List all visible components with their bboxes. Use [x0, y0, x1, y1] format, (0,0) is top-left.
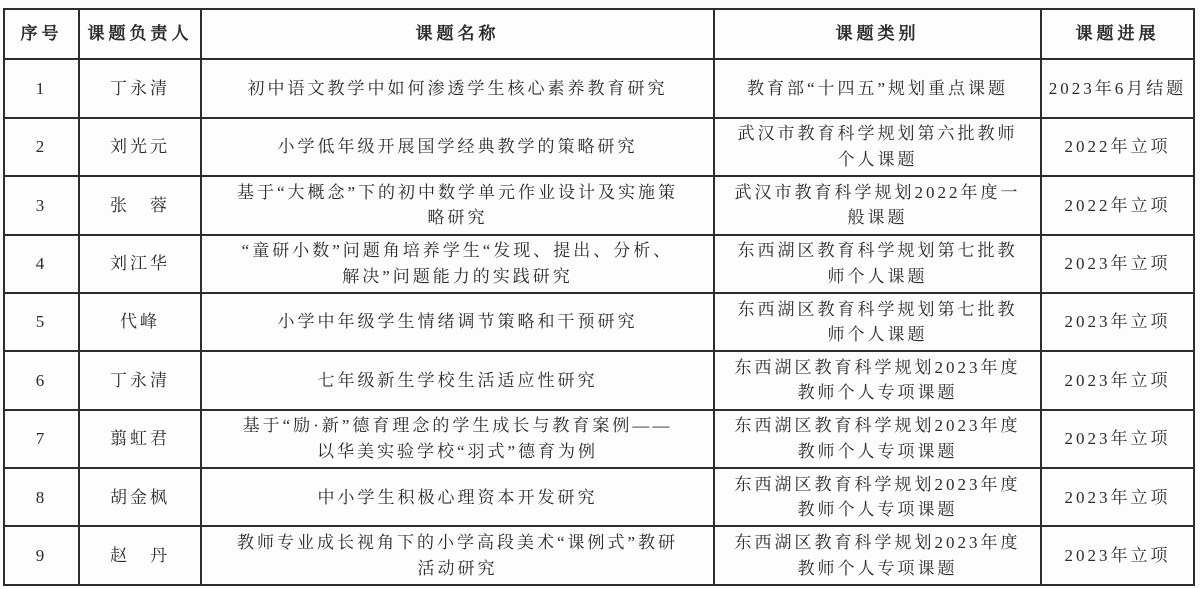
cell-leader: 丁永清	[79, 351, 201, 409]
cell-no: 8	[4, 468, 79, 526]
cell-category: 东西湖区教育科学规划第七批教 师个人课题	[714, 235, 1041, 293]
cell-title: 七年级新生学校生活适应性研究	[201, 351, 714, 409]
cell-title: 中小学生积极心理资本开发研究	[201, 468, 714, 526]
cell-category: 东西湖区教育科学规划第七批教 师个人课题	[714, 293, 1041, 351]
cell-title: “童研小数”问题角培养学生“发现、提出、分析、 解决”问题能力的实践研究	[201, 235, 714, 293]
cell-progress: 2023年立项	[1041, 293, 1194, 351]
table-row: 7 翦虹君 基于“励·新”德育理念的学生成长与教育案例—— 以华美实验学校“羽式…	[4, 410, 1194, 468]
cell-no: 4	[4, 235, 79, 293]
table-row: 4 刘江华 “童研小数”问题角培养学生“发现、提出、分析、 解决”问题能力的实践…	[4, 235, 1194, 293]
cell-leader: 丁永清	[79, 59, 201, 117]
cell-title: 基于“励·新”德育理念的学生成长与教育案例—— 以华美实验学校“羽式”德育为例	[201, 410, 714, 468]
table-row: 3 张 蓉 基于“大概念”下的初中数学单元作业设计及实施策 略研究 武汉市教育科…	[4, 176, 1194, 234]
cell-progress: 2023年立项	[1041, 526, 1194, 585]
cell-leader: 代峰	[79, 293, 201, 351]
cell-no: 1	[4, 59, 79, 117]
cell-progress: 2023年立项	[1041, 351, 1194, 409]
cell-progress: 2022年立项	[1041, 118, 1194, 176]
cell-title: 教师专业成长视角下的小学高段美术“课例式”教研 活动研究	[201, 526, 714, 585]
cell-progress: 2023年6月结题	[1041, 59, 1194, 117]
cell-leader: 刘江华	[79, 235, 201, 293]
cell-leader: 刘光元	[79, 118, 201, 176]
cell-category: 武汉市教育科学规划第六批教师 个人课题	[714, 118, 1041, 176]
cell-progress: 2023年立项	[1041, 468, 1194, 526]
table-header-row: 序号 课题负责人 课题名称 课题类别 课题进展	[4, 9, 1194, 59]
cell-title: 基于“大概念”下的初中数学单元作业设计及实施策 略研究	[201, 176, 714, 234]
cell-no: 3	[4, 176, 79, 234]
table-row: 2 刘光元 小学低年级开展国学经典教学的策略研究 武汉市教育科学规划第六批教师 …	[4, 118, 1194, 176]
cell-progress: 2023年立项	[1041, 235, 1194, 293]
table-row: 8 胡金枫 中小学生积极心理资本开发研究 东西湖区教育科学规划2023年度 教师…	[4, 468, 1194, 526]
table-row: 5 代峰 小学中年级学生情绪调节策略和干预研究 东西湖区教育科学规划第七批教 师…	[4, 293, 1194, 351]
cell-category: 东西湖区教育科学规划2023年度 教师个人专项课题	[714, 351, 1041, 409]
header-category: 课题类别	[714, 9, 1041, 59]
header-progress: 课题进展	[1041, 9, 1194, 59]
cell-title: 小学低年级开展国学经典教学的策略研究	[201, 118, 714, 176]
cell-category: 东西湖区教育科学规划2023年度 教师个人专项课题	[714, 410, 1041, 468]
cell-category: 教育部“十四五”规划重点课题	[714, 59, 1041, 117]
cell-category: 武汉市教育科学规划2022年度一 般课题	[714, 176, 1041, 234]
table-row: 1 丁永清 初中语文教学中如何渗透学生核心素养教育研究 教育部“十四五”规划重点…	[4, 59, 1194, 117]
cell-no: 5	[4, 293, 79, 351]
cell-no: 6	[4, 351, 79, 409]
cell-no: 9	[4, 526, 79, 585]
cell-leader: 胡金枫	[79, 468, 201, 526]
research-projects-table: 序号 课题负责人 课题名称 课题类别 课题进展 1 丁永清 初中语文教学中如何渗…	[3, 8, 1195, 586]
header-title: 课题名称	[201, 9, 714, 59]
cell-leader: 张 蓉	[79, 176, 201, 234]
cell-progress: 2023年立项	[1041, 410, 1194, 468]
header-no: 序号	[4, 9, 79, 59]
cell-no: 2	[4, 118, 79, 176]
cell-title: 小学中年级学生情绪调节策略和干预研究	[201, 293, 714, 351]
cell-category: 东西湖区教育科学规划2023年度 教师个人专项课题	[714, 526, 1041, 585]
cell-progress: 2022年立项	[1041, 176, 1194, 234]
cell-leader: 翦虹君	[79, 410, 201, 468]
table-row: 6 丁永清 七年级新生学校生活适应性研究 东西湖区教育科学规划2023年度 教师…	[4, 351, 1194, 409]
header-leader: 课题负责人	[79, 9, 201, 59]
cell-leader: 赵 丹	[79, 526, 201, 585]
table-row: 9 赵 丹 教师专业成长视角下的小学高段美术“课例式”教研 活动研究 东西湖区教…	[4, 526, 1194, 585]
cell-title: 初中语文教学中如何渗透学生核心素养教育研究	[201, 59, 714, 117]
cell-no: 7	[4, 410, 79, 468]
cell-category: 东西湖区教育科学规划2023年度 教师个人专项课题	[714, 468, 1041, 526]
